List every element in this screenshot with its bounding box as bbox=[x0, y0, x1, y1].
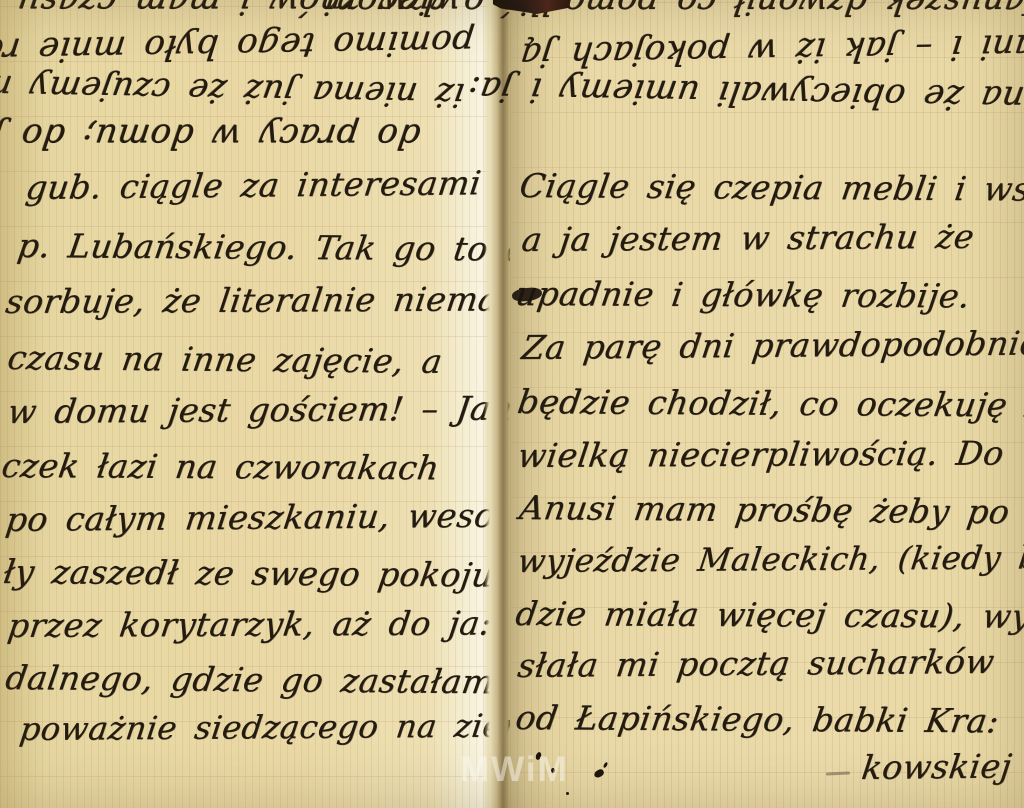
left-line: przez korytarzyk, aż do ja: bbox=[5, 603, 494, 645]
right-line: będzie chodził, co oczekuję z bbox=[515, 382, 1024, 425]
right-line: kowskiej bbox=[859, 746, 1014, 787]
left-line: ły zaszedł ze swego pokoju bbox=[1, 552, 496, 594]
left-inverted-line: iż niema już że czujemy mam bbox=[0, 68, 467, 115]
left-line: p. Lubańskiego. Tak go to ab: bbox=[15, 226, 562, 269]
right-line: dzie miała więcej czasu), wy: bbox=[513, 594, 1024, 636]
right-line: Za parę dni prawdopodobnie bbox=[519, 323, 1024, 367]
right-inverted-line: ani i – jak iż w pokojach ją bbox=[563, 26, 1024, 74]
right-line: a ja jestem w strachu że bbox=[519, 217, 976, 259]
left-line: sorbuje, że literalnie niema bbox=[3, 279, 501, 321]
left-line: w domu jest gościem! – Jan: bbox=[5, 388, 526, 431]
diary-scan: więc znów i mam czasu jeszcze pomimo teg… bbox=[0, 0, 1024, 808]
right-inverted-line: Januszek dzwonił co pomodlić o dzwoni bbox=[535, 0, 1024, 23]
right-page: Januszek dzwonił co pomodlić o dzwoni an… bbox=[510, 0, 1024, 808]
right-line: upadnie i główkę rozbije. bbox=[513, 274, 973, 315]
left-inverted-line: pomimo tego było mnie rozumieć bbox=[0, 22, 476, 71]
right-line: słała mi pocztą sucharków bbox=[515, 642, 996, 685]
left-line: poważnie siedzącego na ziemi bbox=[17, 706, 546, 748]
right-line: Ciągle się czepia mebli i wstaje, bbox=[517, 166, 1024, 209]
left-line: po całym mieszkaniu, weso: bbox=[3, 496, 509, 539]
left-line: gub. ciągle za interesami bbox=[23, 163, 483, 207]
watermark: MWiM bbox=[460, 750, 569, 790]
right-line: wyjeździe Maleckich, (kiedy bę: bbox=[515, 538, 1024, 580]
pencil-dash-mark bbox=[826, 771, 850, 775]
right-line: od Łapińskiego, babki Kra: bbox=[513, 698, 1002, 740]
left-line: dalnego, gdzie go zastałam bbox=[3, 658, 497, 701]
right-inverted-line: na że obiecywali umiemy i ja: bbox=[543, 70, 1024, 118]
ink-speck bbox=[566, 792, 569, 795]
right-line: wielką niecierpliwością. Do bbox=[515, 433, 1006, 475]
left-line: czasu na inne zajęcie, a bbox=[5, 338, 445, 381]
right-line: Anusi mam prośbę żeby po bbox=[517, 488, 1012, 531]
left-inverted-line: do pracy w domu; do ją bbox=[39, 116, 423, 156]
left-line: czek łazi na czworakach bbox=[0, 446, 442, 487]
left-page: więc znów i mam czasu jeszcze pomimo teg… bbox=[0, 0, 488, 808]
